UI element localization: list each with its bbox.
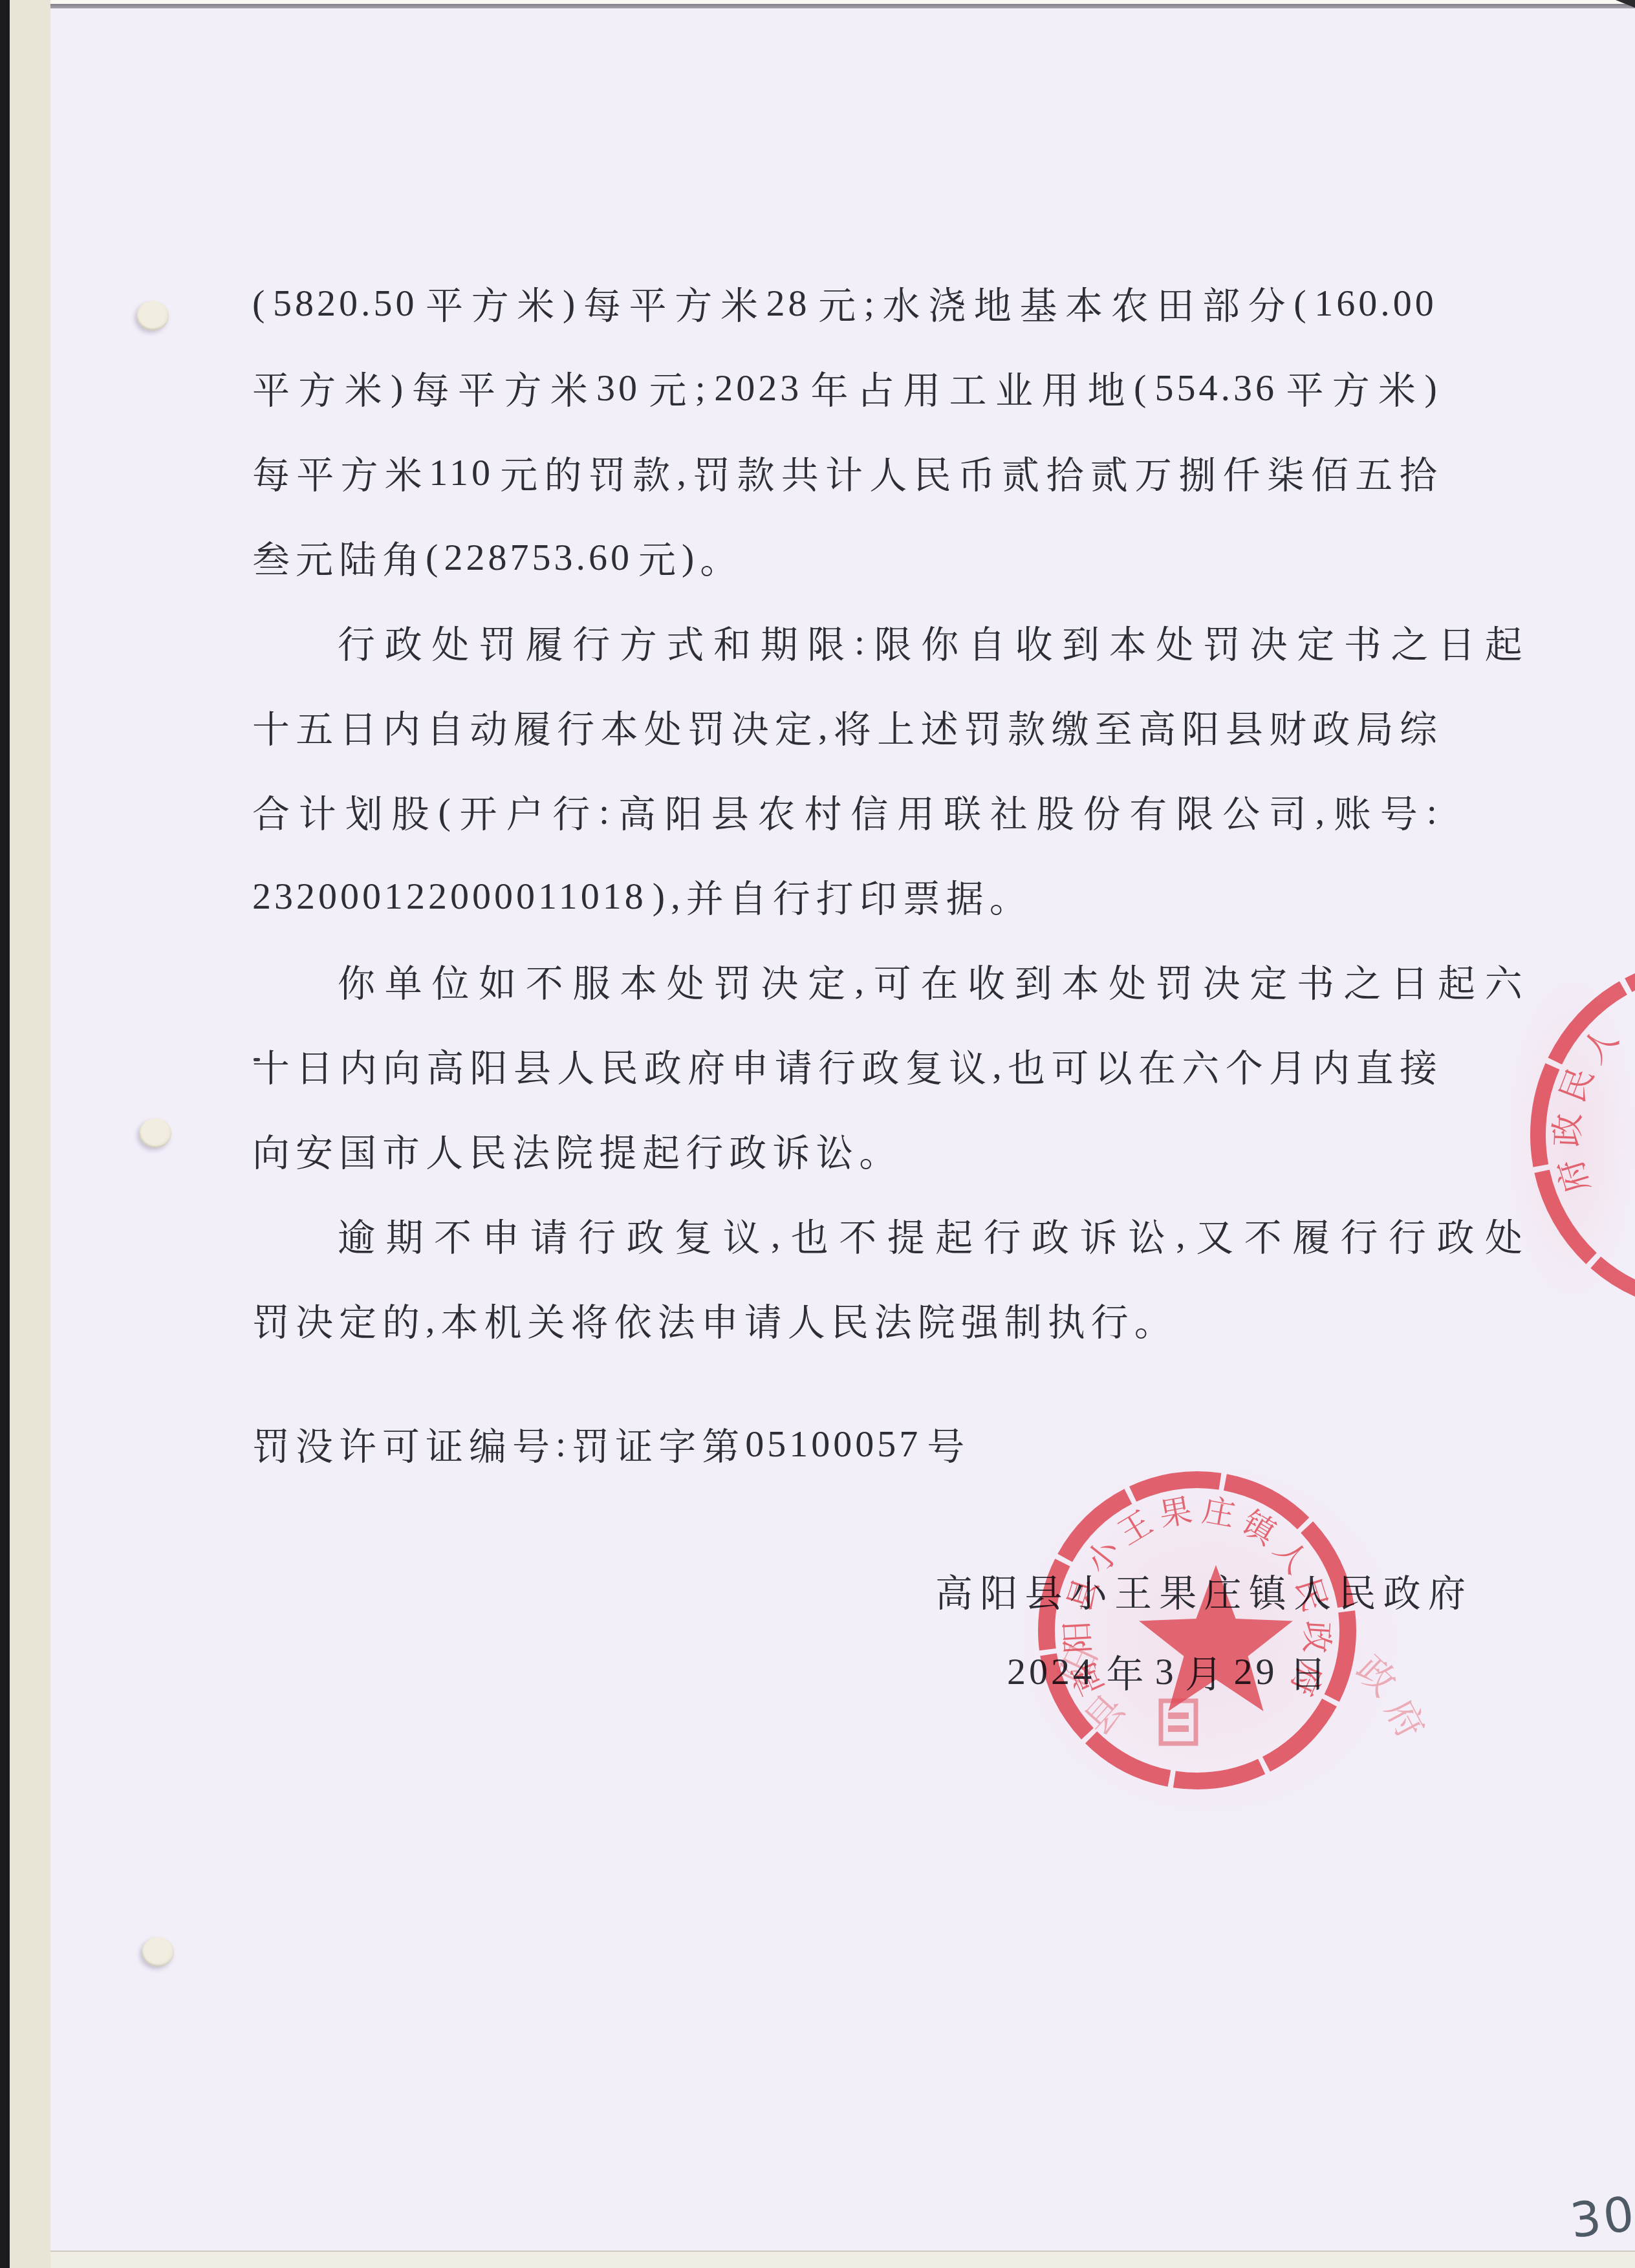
body-line: 向安国市人民法院提起行政诉讼。 bbox=[252, 1129, 1437, 1171]
date-line: 2024年3月29日 bbox=[1007, 1650, 1326, 1692]
body-line: 罚决定的,本机关将依法申请人民法院强制执行。 bbox=[252, 1299, 1437, 1340]
body-line: 平方米)每平方米30元;2023年占用工业用地(554.36平方米) bbox=[252, 367, 1437, 408]
scanner-edge-black bbox=[0, 0, 10, 2268]
body-line: 合计划股(开户行:高阳县农村信用联社股份有限公司,账号: bbox=[252, 790, 1437, 832]
body-line: 你单位如不服本处罚决定,可在收到本处罚决定书之日起六 bbox=[252, 960, 1522, 1001]
punch-hole bbox=[139, 1118, 171, 1148]
permit-number-line: 罚没许可证编号:罚证字第05100057号 bbox=[252, 1423, 1437, 1464]
punch-hole bbox=[142, 1937, 174, 1967]
document-text: (5820.50平方米)每平方米28元;水浇地基本农田部分(160.00平方米)… bbox=[0, 0, 1635, 2268]
body-line: 每平方米110元的罚款,罚款共计人民币贰拾贰万捌仟柒佰五拾 bbox=[252, 451, 1437, 493]
body-line: 十日内向高阳县人民政府申请行政复议,也可以在六个月内直接 bbox=[252, 1044, 1437, 1086]
page-stack-edge bbox=[10, 0, 50, 2268]
punch-hole bbox=[136, 301, 169, 330]
body-line: 232000122000011018),并自行打印票据。 bbox=[252, 875, 1437, 916]
body-line: 逾期不申请行政复议,也不提起行政诉讼,又不履行行政处 bbox=[252, 1214, 1522, 1255]
body-line: (5820.50平方米)每平方米28元;水浇地基本农田部分(160.00 bbox=[252, 282, 1437, 323]
ink-speck bbox=[254, 1058, 260, 1061]
body-line: 行政处罚履行方式和期限:限你自收到本处罚决定书之日起 bbox=[252, 621, 1522, 662]
body-line: 叁元陆角(228753.60元)。 bbox=[252, 536, 1437, 578]
page-bottom-edge bbox=[0, 2251, 1635, 2268]
handwritten-page-number: 30 bbox=[1567, 2186, 1635, 2249]
body-line: 十五日内自动履行本处罚决定,将上述罚款缴至高阳县财政局综 bbox=[252, 706, 1437, 747]
page-top-edge-shadow bbox=[50, 4, 1635, 8]
signature-line: 高阳县小王果庄镇人民政府 bbox=[935, 1570, 1466, 1611]
